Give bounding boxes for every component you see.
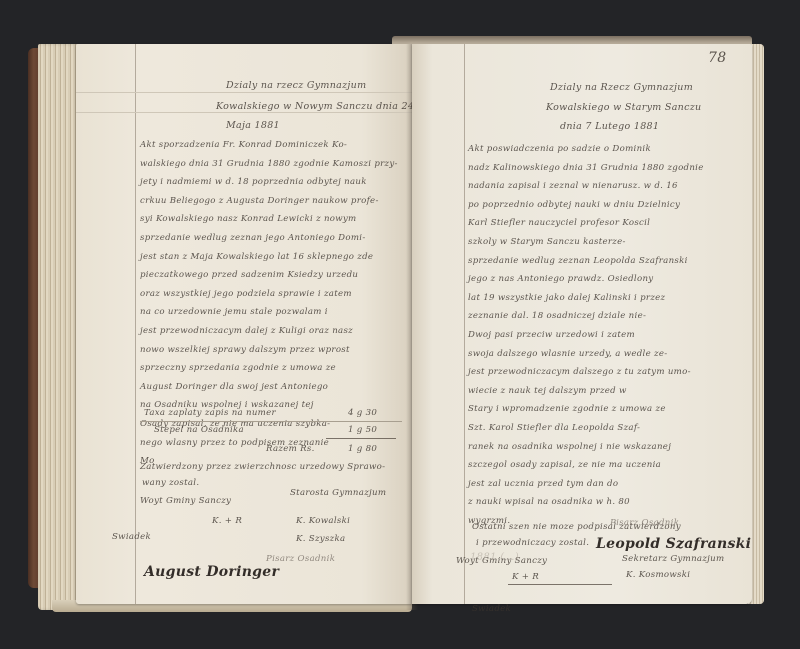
text-line: jest przewodniczacym dalej z Kuligi oraz…: [140, 322, 408, 341]
text-line: Akt poswiadczenia po sadzie o Dominik: [468, 140, 746, 159]
witness-label: Swiadek: [472, 600, 511, 619]
text-line: swoja dalszego wlasnie urzedy, a wedle z…: [468, 345, 746, 364]
text-line: szczegol osady zapisal, ze nie ma uczeni…: [468, 456, 746, 475]
primary-signature: August Doringer: [144, 564, 279, 580]
text-line: Szt. Karol Stiefler dla Leopolda Szaf-: [468, 419, 746, 438]
office-label-left: Woyt Gminy Sanczy: [140, 492, 231, 511]
heading-line: Dzialy na Rzecz Gymnazjum: [550, 82, 693, 93]
text-line: wiecie z nauk tej dalszym przed w: [468, 382, 746, 401]
text-line: sprzeczny sprzedania zgodnie z umowa ze: [140, 359, 408, 378]
page-number: 78: [708, 50, 726, 66]
witness-label: Swiadek: [112, 528, 151, 547]
fee-amount: 1 g 50: [348, 421, 377, 440]
ruled-line: [76, 112, 412, 113]
text-line: sprzedanie wedlug zeznan Leopolda Szafra…: [468, 252, 746, 271]
right-body-text: Akt poswiadczenia po sadzie o Dominik na…: [468, 140, 746, 530]
heading-line: Kowalskiego w Nowym Sanczu dnia 24: [216, 101, 414, 112]
pencil-note: 1881 (...): [470, 552, 519, 563]
text-line: Karl Stiefler nauczyciel profesor Koscil: [468, 214, 746, 233]
ruled-line: [76, 92, 412, 93]
right-page: 78 Dzialy na Rzecz Gymnazjum Kowalskiego…: [412, 44, 752, 604]
text-line: szkoly w Starym Sanczu kasterze-: [468, 233, 746, 252]
text-line: ranek na osadnika wspolnej i nie wskazan…: [468, 438, 746, 457]
text-line: oraz wszystkiej jego podziela sprawie i …: [140, 285, 408, 304]
fee-label: Stepel na Osadnika: [154, 421, 244, 440]
text-line: nowo wszelkiej sprawy dalszym przez wpro…: [140, 341, 408, 360]
text-line: jest przewodniczacym dalszego z tu zatym…: [468, 363, 746, 382]
fee-amount: 4 g 30: [348, 404, 377, 423]
margin-rule: [135, 44, 136, 604]
text-line: lat 19 wszystkie jako dalej Kalinski i p…: [468, 289, 746, 308]
text-line: z nauki wpisal na osadnika w h. 80: [468, 493, 746, 512]
signature-name: K. Kowalski: [296, 512, 350, 531]
text-line: jest stan z Maja Kowalskiego lat 16 skle…: [140, 248, 408, 267]
text-line: jety i nadmiemi w d. 18 poprzednia odbyt…: [140, 173, 408, 192]
text-line: pieczatkowego przed sadzenim Ksiedzy urz…: [140, 266, 408, 285]
heading-line: Maja 1881: [226, 120, 280, 131]
text-line: sprzedanie wedlug zeznan jego Antoniego …: [140, 229, 408, 248]
text-line: walskiego dnia 31 Grudnia 1880 zgodnie K…: [140, 155, 408, 174]
primary-signature: Leopold Szafranski: [596, 536, 751, 552]
heading-line: Dzialy na rzecz Gymnazjum: [226, 80, 366, 91]
text-line: po poprzednio odbytej nauki w dniu Dziel…: [468, 196, 746, 215]
signature-name: K. Kosmowski: [626, 566, 690, 585]
signature-name: K. Szyszka: [296, 530, 345, 549]
margin-rule: [464, 44, 465, 604]
text-line: August Doringer dla swoj jest Antoniego: [140, 378, 408, 397]
sum-underline: [326, 438, 396, 439]
signature-flourish: [508, 584, 612, 585]
text-line: jest zal ucznia przed tym dan do: [468, 475, 746, 494]
text-line: crkuu Beliegogo z Augusta Doringer nauko…: [140, 192, 408, 211]
heading-line: dnia 7 Lutego 1881: [560, 121, 659, 132]
text-line: zeznanie dal. 18 osadniczej dziale nie-: [468, 307, 746, 326]
signature-mark: K. + R: [212, 512, 242, 531]
text-line: Akt sporzadzenia Fr. Konrad Dominiczek K…: [140, 136, 408, 155]
text-line: na co urzedownie jemu stale pozwalam i: [140, 303, 408, 322]
office-label-right: Starosta Gymnazjum: [290, 484, 386, 503]
fee-total-label: Razem Rs.: [266, 440, 315, 459]
text-line: Dwoj pasi przeciw urzedowi i zatem: [468, 326, 746, 345]
fee-total-amount: 1 g 80: [348, 440, 377, 459]
witness-caption: Pisarz Osadnik: [610, 514, 679, 533]
text-line: nadz Kalinowskiego dnia 31 Grudnia 1880 …: [468, 159, 746, 178]
closing-line: wany zostal.: [142, 474, 199, 493]
heading-line: Kowalskiego w Starym Sanczu: [546, 102, 701, 113]
text-line: Stary i wpromadzenie zgodnie z umowa ze: [468, 400, 746, 419]
closing-line: i przewodniczacy zostal.: [476, 534, 589, 553]
text-line: nadania zapisal i zeznal w nienarusz. w …: [468, 177, 746, 196]
text-line: syi Kowalskiego nasz Konrad Lewicki z no…: [140, 210, 408, 229]
fee-label: Taxa zaplaty zapis na numer: [144, 404, 276, 423]
text-line: jego z nas Antoniego prawdz. Osiedlony: [468, 270, 746, 289]
left-page-stack: [38, 44, 78, 610]
open-ledger-book: Dzialy na rzecz Gymnazjum Kowalskiego w …: [0, 0, 800, 649]
left-page: Dzialy na rzecz Gymnazjum Kowalskiego w …: [76, 44, 412, 604]
